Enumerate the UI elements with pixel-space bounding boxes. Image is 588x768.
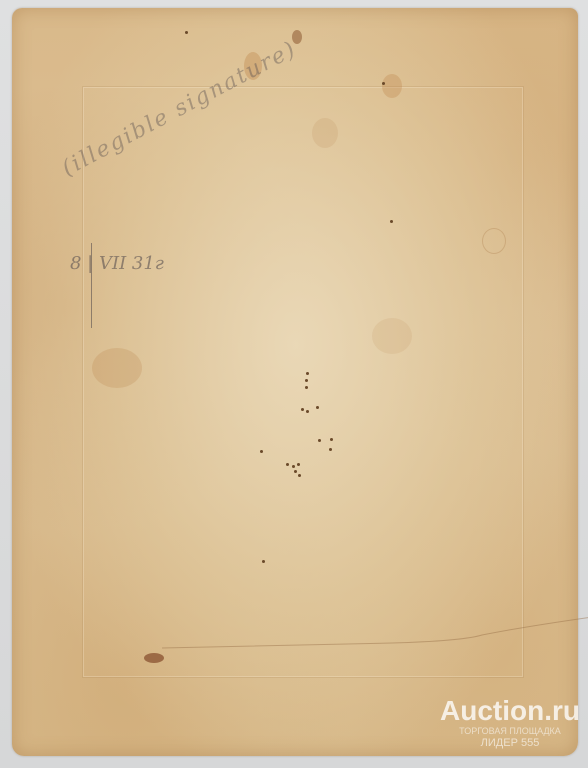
foxing-dot bbox=[185, 31, 188, 34]
foxing-dot bbox=[318, 439, 321, 442]
foxing-dot bbox=[298, 474, 301, 477]
aged-card-back: (illegible signature) 8 | VII 31г bbox=[12, 8, 578, 756]
foxing-dot bbox=[329, 448, 332, 451]
watermark-seller: ЛИДЕР 555 bbox=[440, 737, 580, 749]
embossed-frame-outline bbox=[82, 86, 524, 678]
foxing-dot bbox=[305, 386, 308, 389]
foxing-dot bbox=[262, 560, 265, 563]
foxing-dot bbox=[292, 465, 295, 468]
stain bbox=[372, 318, 412, 354]
foxing-dot bbox=[330, 438, 333, 441]
pencil-date: 8 | VII 31г bbox=[70, 253, 164, 274]
auction-watermark: Auction.ru ТОРГОВАЯ ПЛОЩАДКА ЛИДЕР 555 bbox=[440, 696, 580, 749]
foxing-dot bbox=[382, 82, 385, 85]
foxing-dot bbox=[306, 372, 309, 375]
foxing-dot bbox=[297, 463, 300, 466]
foxing-dot bbox=[390, 220, 393, 223]
paper-crease bbox=[162, 613, 588, 653]
stain bbox=[312, 118, 338, 148]
foxing-dot bbox=[316, 406, 319, 409]
stain bbox=[292, 30, 302, 44]
stain bbox=[482, 228, 506, 254]
foxing-dot bbox=[260, 450, 263, 453]
watermark-brand: Auction.ru bbox=[440, 696, 580, 726]
foxing-dot bbox=[305, 379, 308, 382]
foxing-dot bbox=[294, 470, 297, 473]
foxing-dot bbox=[286, 463, 289, 466]
brown-spot bbox=[144, 653, 164, 663]
watermark-subtitle: ТОРГОВАЯ ПЛОЩАДКА bbox=[440, 726, 580, 737]
stain bbox=[382, 74, 402, 98]
stain bbox=[92, 348, 142, 388]
foxing-dot bbox=[301, 408, 304, 411]
foxing-dot bbox=[306, 410, 309, 413]
